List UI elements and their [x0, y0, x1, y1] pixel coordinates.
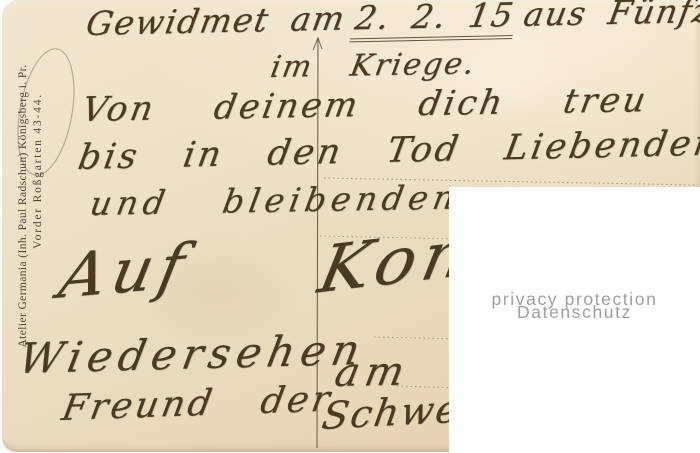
privacy-text-de: Datenschutz: [449, 305, 700, 319]
studio-imprint-line1: Atelier Germania (Inh. Paul Radschun) Kö…: [17, 64, 29, 347]
handwriting-dedication-post: aus Fünfzig: [521, 0, 700, 34]
handwriting-line-im-kriege: im Kriege.: [268, 46, 479, 85]
postcard-scan: Atelier Germania (Inh. Paul Radschun) Kö…: [0, 0, 700, 453]
handwriting-word-auf: Auf: [54, 229, 197, 313]
handwriting-date: 2. 2. 15: [349, 0, 519, 42]
handwriting-word-schwe: Schwe: [319, 387, 464, 438]
handwriting-line-und-bleibenden: und bleibenden: [87, 178, 463, 223]
studio-imprint-line2: Vorder Roßgarten 43-44.: [32, 93, 44, 249]
privacy-overlay: privacy protection Datenschutz: [449, 187, 700, 453]
handwriting-line-wiedersehen: Wiedersehen: [15, 325, 370, 383]
handwriting-dedication-pre: Gewidmet am: [83, 0, 349, 43]
handwriting-word-am: am: [331, 349, 414, 396]
